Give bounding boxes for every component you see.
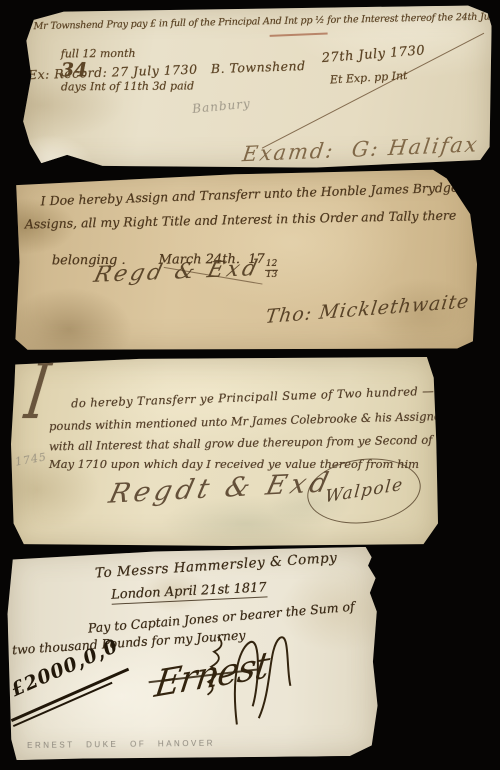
doc3-line1: do hereby Transferr ye Principall Sume o… [71,385,434,410]
doc1-pencil-note: Banbury [192,97,252,116]
doc1-line2-suffix: days Int of 11th 3d paid [61,80,194,94]
doc4-line2: London April 21st 1817 [111,581,267,605]
doc4-line1: To Messrs Hammersley & Compy [95,551,338,581]
photo-of-documents: Mr Townshend Pray pay £ in full of the P… [0,0,500,770]
doc1-date: 27th July 1730 [322,44,426,66]
doc3-line2: pounds within mentioned unto Mr James Co… [49,410,447,433]
doc3-regd-mark: Regdt & Exd [106,467,335,509]
doc1-signature-halifax: Examd: G: Halifax [241,132,480,166]
red-ink-strike [270,32,328,36]
document-4-hanover-cheque: To Messrs Hammersley & Compy London Apri… [7,547,380,761]
document-3-walpole-transfer: I do hereby Transferr ye Principall Sume… [11,357,438,546]
doc2-date-fraction: 1213 [265,260,279,280]
doc1-line2-prefix: full 12 month [61,47,136,61]
doc3-line3: with all Interest that shall grow due th… [49,434,433,453]
doc1-line1: Mr Townshend Pray pay £ in full of the P… [33,12,500,33]
doc1-line3b: Et Exp. pp Int [330,70,408,87]
doc4-pencil-caption: ERNEST DUKE OF HANOVER [27,739,215,750]
doc3-pencil-note: 1745 [14,450,48,468]
doc2-line1: I Doe hereby Assign and Transferr unto t… [40,179,498,208]
doc3-signature-walpole: Walpole [324,475,404,508]
signature-zigzag-stroke [228,628,309,729]
doc2-signature-micklethwaite: Tho: Micklethwaite [264,290,471,328]
document-1-1730-order: Mr Townshend Pray pay £ in full of the P… [21,5,492,169]
doc2-line2: Assigns, all my Right Title and Interest… [25,209,457,232]
document-2-brydges-assignment: I Doe hereby Assign and Transferr unto t… [12,169,477,351]
